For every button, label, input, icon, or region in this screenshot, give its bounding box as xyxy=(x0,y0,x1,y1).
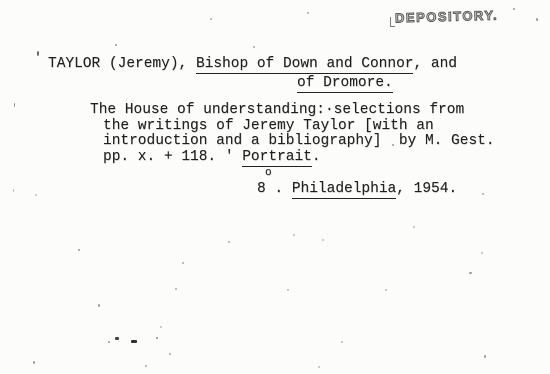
heading-line-2: of Dromore. xyxy=(297,75,393,91)
body-line-2: the writings of Jeremy Taylor [with an xyxy=(103,118,434,134)
scan-speck xyxy=(14,103,15,107)
body-line-1: The House of understanding:·selections f… xyxy=(90,102,464,118)
scan-speck xyxy=(98,304,100,307)
scan-speck xyxy=(78,249,80,251)
scan-speck xyxy=(145,365,147,367)
scan-speck xyxy=(169,353,171,355)
scan-speck xyxy=(307,12,309,14)
scan-speck xyxy=(287,289,289,291)
heading-continuation: , and xyxy=(413,56,457,72)
imprint-line: 8 . Philadelphia, 1954. xyxy=(257,181,457,197)
scan-speck xyxy=(160,326,162,328)
imprint-separator: . xyxy=(266,181,292,197)
scan-speck xyxy=(513,8,515,10)
scan-speck xyxy=(210,18,212,20)
scan-speck xyxy=(482,193,484,195)
scan-speck xyxy=(392,144,394,146)
body-line-4: pp. x. + 118. ' Portrait. xyxy=(103,149,321,165)
scan-speck xyxy=(293,234,295,236)
catalog-card: DEPOSITORY. TAYLOR (Jeremy), Bishop of D… xyxy=(0,0,550,374)
scan-speck xyxy=(484,355,486,358)
scan-speck xyxy=(322,239,324,241)
scan-speck xyxy=(33,361,35,364)
scan-speck xyxy=(341,341,343,343)
portrait-note-underlined: Portrait xyxy=(242,149,312,167)
scan-speck xyxy=(37,51,39,56)
portrait-note-period: . xyxy=(312,149,321,165)
publication-place-underlined: Philadelphia xyxy=(292,181,396,199)
scan-speck xyxy=(131,340,137,343)
heading-title-line2-underlined: of Dromore. xyxy=(297,75,393,93)
body-line-3: introduction and a bibliography] by M. G… xyxy=(103,133,495,149)
scan-speck xyxy=(156,337,158,339)
scan-speck xyxy=(108,341,110,343)
scan-speck xyxy=(318,366,320,368)
heading-author: TAYLOR (Jeremy), xyxy=(48,56,196,72)
heading-line-1: TAYLOR (Jeremy), Bishop of Down and Conn… xyxy=(48,56,457,72)
scan-speck xyxy=(175,288,177,290)
scan-speck xyxy=(115,337,119,340)
scan-speck xyxy=(253,46,255,48)
heading-title-underlined: Bishop of Down and Connor xyxy=(196,56,414,74)
scan-speck xyxy=(385,289,387,291)
format-numeral: 8 xyxy=(257,181,266,197)
octavo-superscript: o xyxy=(265,167,272,179)
scan-speck xyxy=(35,194,37,196)
scan-speck xyxy=(182,262,184,264)
depository-stamp: DEPOSITORY. xyxy=(395,8,499,26)
scan-speck xyxy=(115,44,117,46)
scan-speck xyxy=(13,189,14,192)
scan-speck xyxy=(413,226,415,228)
scan-speck xyxy=(228,241,230,243)
scan-speck xyxy=(469,272,472,274)
scan-speck xyxy=(481,252,483,254)
pagination-note: pp. x. + 118. ' xyxy=(103,149,242,165)
publication-year: , 1954. xyxy=(396,181,457,197)
scan-speck xyxy=(536,18,538,21)
